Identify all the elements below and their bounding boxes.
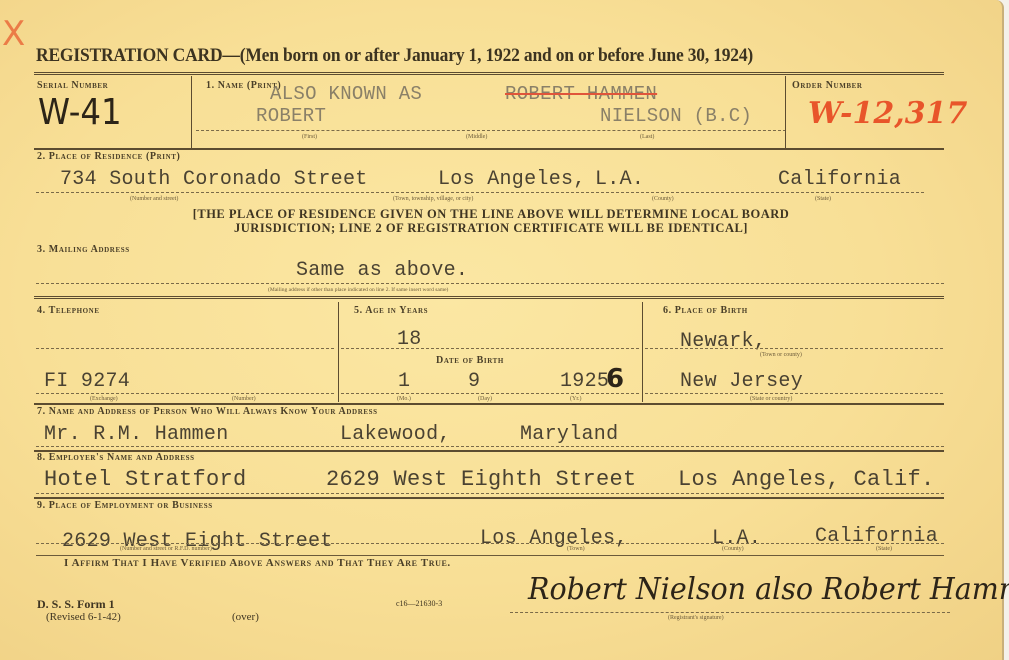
name-struck: ROBERT HAMMEN [505,83,657,105]
caption-street: (Number and street) [130,196,178,202]
residence-label: 2. Place of Residence (Print) [37,151,180,162]
employer-name: Hotel Stratford [44,467,247,492]
employer-label: 8. Employer's Name and Address [37,452,195,463]
name-first: ROBERT [256,105,326,127]
serial-number-label: Serial Number [37,80,108,91]
employment-place-town: Los Angeles, [480,527,628,550]
form-over: (over) [232,611,259,623]
caption-middle: (Middle) [466,134,487,140]
residence-county: L.A. [595,168,644,191]
signature-caption: (Registrant's signature) [668,615,724,621]
caption-state: (State) [815,196,831,202]
caption-emp-street: (Number and street or R.F.D. number) [120,546,212,552]
dob-year-overwrite: 6 [606,364,624,394]
caption-town: (Town, township, village, or city) [393,196,473,202]
registrant-signature: Robert Nielson also Robert Hammen [528,572,1009,607]
residence-notice-line2: JURISDICTION; LINE 2 OF REGISTRATION CER… [36,221,946,235]
birthplace-state: New Jersey [680,370,803,393]
serial-number-value: W-41 [38,92,122,133]
card-title: REGISTRATION CARD—(Men born on or after … [36,45,753,67]
dob-month: 1 [398,370,410,393]
dob-day: 9 [468,370,480,393]
caption-birth-state: (State or country) [750,396,792,402]
name-last: NIELSON (B.C) [600,105,752,127]
residence-street: 734 South Coronado Street [60,168,368,191]
employer-address: 2629 West Eighth Street [326,467,637,492]
residence-state: California [778,168,901,191]
caption-emp-town: (Town) [567,546,585,552]
residence-notice: [THE PLACE OF RESIDENCE GIVEN ON THE LIN… [36,207,946,235]
form-revised: (Revised 6-1-42) [46,611,121,623]
contact-label: 7. Name and Address of Person Who Will A… [37,406,378,417]
registration-card: X REGISTRATION CARD—(Men born on or afte… [0,0,1004,660]
employment-place-label: 9. Place of Employment or Business [37,500,213,511]
contact-name: Mr. R.M. Hammen [44,423,229,446]
contact-state: Maryland [520,423,618,446]
birthplace-town: Newark, [680,330,766,353]
dob-label: Date of Birth [436,355,504,366]
corner-mark: X [2,14,25,54]
caption-emp-state: (State) [876,546,892,552]
mailing-label: 3. Mailing Address [37,244,130,255]
residence-notice-line1: [THE PLACE OF RESIDENCE GIVEN ON THE LIN… [36,207,946,221]
residence-town: Los Angeles, [438,168,586,191]
caption-county: (County) [652,196,674,202]
caption-month: (Mo.) [397,396,411,402]
caption-year: (Yr.) [570,396,582,402]
age-label: 5. Age in Years [354,305,428,316]
form-number: D. S. S. Form 1 [37,597,115,612]
telephone-value: FI 9274 [44,370,130,393]
employment-place-state: California [815,525,938,548]
mailing-value: Same as above. [296,259,468,282]
employer-city: Los Angeles, Calif. [678,467,935,492]
caption-first: (First) [302,134,317,140]
print-code: c16—21630-3 [396,599,442,608]
caption-last: (Last) [640,134,654,140]
caption-number: (Number) [232,396,256,402]
caption-exchange: (Exchange) [90,396,118,402]
birthplace-label: 6. Place of Birth [663,305,748,316]
telephone-label: 4. Telephone [37,305,100,316]
contact-town: Lakewood, [340,423,451,446]
dob-year: 1925 [560,370,609,393]
caption-birth-town: (Town or county) [760,352,802,358]
name-aka-line: ALSO KNOWN AS [270,83,422,105]
mailing-caption: (Mailing address if other than place ind… [268,287,448,293]
caption-emp-county: (County) [722,546,744,552]
order-number-label: Order Number [792,80,863,91]
caption-day: (Day) [478,396,492,402]
affirmation-text: I Affirm That I Have Verified Above Answ… [64,557,451,569]
order-number-value: W-12,317 [808,96,967,131]
